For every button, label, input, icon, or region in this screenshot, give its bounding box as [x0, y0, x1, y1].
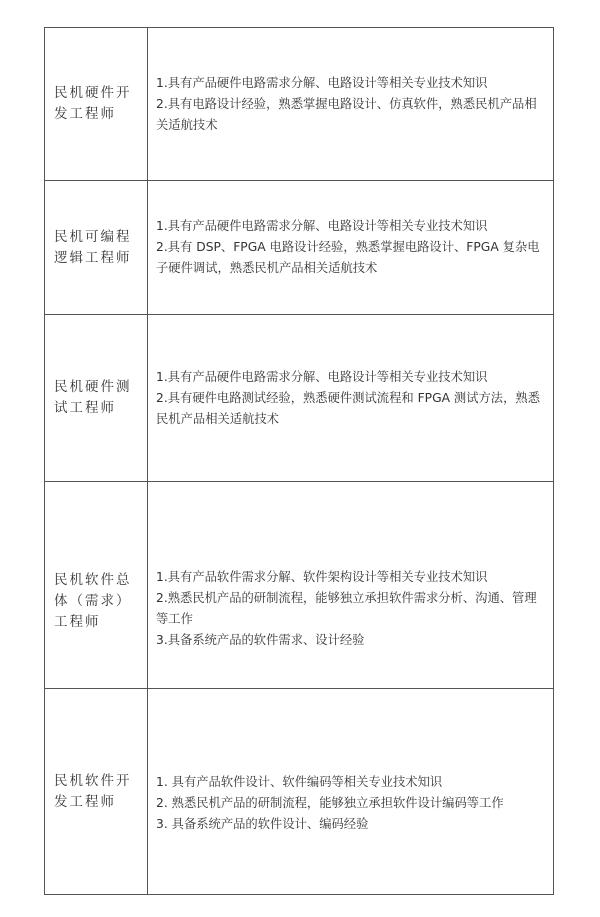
job-title-cell: 民机软件总体（需求）工程师 [45, 482, 148, 688]
table-row: 民机硬件测试工程师 1.具有产品硬件电路需求分解、电路设计等相关专业技术知识 2… [45, 315, 553, 482]
job-requirements-cell: 1.具有产品软件需求分解、软件架构设计等相关专业技术知识 2.熟悉民机产品的研制… [148, 482, 553, 688]
job-title-cell: 民机软件开发工程师 [45, 689, 148, 894]
table-row: 民机可编程逻辑工程师 1.具有产品硬件电路需求分解、电路设计等相关专业技术知识 … [45, 181, 553, 315]
job-requirements-cell: 1.具有产品硬件电路需求分解、电路设计等相关专业技术知识 2.具有 DSP、FP… [148, 181, 553, 314]
table-row: 民机软件开发工程师 1. 具有产品软件设计、软件编码等相关专业技术知识 2. 熟… [45, 689, 553, 894]
job-requirements-cell: 1.具有产品硬件电路需求分解、电路设计等相关专业技术知识 2.具有硬件电路测试经… [148, 315, 553, 481]
requirement-item: 3.具备系统产品的软件需求、设计经验 [156, 630, 545, 651]
requirement-item: 2.具有电路设计经验，熟悉掌握电路设计、仿真软件，熟悉民机产品相关适航技术 [156, 94, 545, 136]
requirement-item: 2.熟悉民机产品的研制流程，能够独立承担软件需求分析、沟通、管理等工作 [156, 588, 545, 630]
requirement-item: 1.具有产品硬件电路需求分解、电路设计等相关专业技术知识 [156, 73, 545, 94]
requirement-item: 2.具有 DSP、FPGA 电路设计经验，熟悉掌握电路设计、FPGA 复杂电子硬… [156, 237, 545, 279]
table-row: 民机软件总体（需求）工程师 1.具有产品软件需求分解、软件架构设计等相关专业技术… [45, 482, 553, 689]
requirement-item: 2. 熟悉民机产品的研制流程，能够独立承担软件设计编码等工作 [156, 793, 545, 814]
job-title-cell: 民机可编程逻辑工程师 [45, 181, 148, 314]
job-requirements-cell: 1. 具有产品软件设计、软件编码等相关专业技术知识 2. 熟悉民机产品的研制流程… [148, 689, 553, 894]
job-title-cell: 民机硬件测试工程师 [45, 315, 148, 481]
job-title-cell: 民机硬件开发工程师 [45, 28, 148, 180]
requirement-item: 1.具有产品硬件电路需求分解、电路设计等相关专业技术知识 [156, 216, 545, 237]
requirement-item: 1.具有产品软件需求分解、软件架构设计等相关专业技术知识 [156, 567, 545, 588]
job-requirements-table: 民机硬件开发工程师 1.具有产品硬件电路需求分解、电路设计等相关专业技术知识 2… [44, 27, 554, 895]
requirement-item: 2.具有硬件电路测试经验，熟悉硬件测试流程和 FPGA 测试方法，熟悉民机产品相… [156, 388, 545, 430]
job-requirements-cell: 1.具有产品硬件电路需求分解、电路设计等相关专业技术知识 2.具有电路设计经验，… [148, 28, 553, 180]
requirement-item: 1.具有产品硬件电路需求分解、电路设计等相关专业技术知识 [156, 367, 545, 388]
requirement-item: 1. 具有产品软件设计、软件编码等相关专业技术知识 [156, 772, 545, 793]
table-row: 民机硬件开发工程师 1.具有产品硬件电路需求分解、电路设计等相关专业技术知识 2… [45, 28, 553, 181]
requirement-item: 3. 具备系统产品的软件设计、编码经验 [156, 814, 545, 835]
